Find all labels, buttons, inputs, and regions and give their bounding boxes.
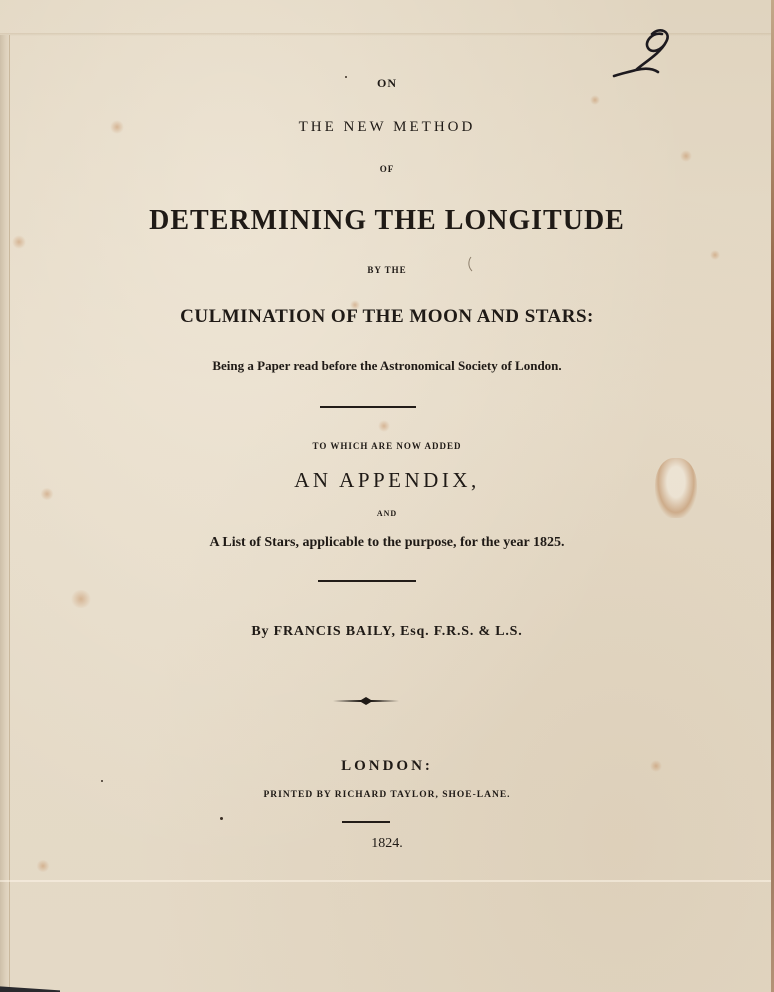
foxing-stain	[70, 590, 92, 608]
foxing-stain	[36, 860, 50, 872]
foxing-stain	[680, 150, 692, 162]
page-fold-bottom	[0, 880, 774, 882]
imprint-year: 1824.	[0, 836, 774, 852]
handwritten-page-number	[612, 24, 672, 80]
ornament-divider	[333, 694, 399, 708]
addition-conjunction: AND	[0, 509, 774, 518]
description: Being a Paper read before the Astronomic…	[0, 358, 774, 374]
title-line-on: ON	[0, 76, 774, 91]
foxing-stain	[710, 250, 720, 260]
title-line-by-the: BY THE	[0, 265, 774, 275]
divider-rule	[320, 406, 416, 408]
document-page: ON THE NEW METHOD OF DETERMINING THE LON…	[0, 0, 774, 992]
divider-rule	[342, 821, 390, 823]
title-line-new-method: THE NEW METHOD	[0, 119, 774, 136]
divider-rule	[318, 580, 416, 582]
main-title: DETERMINING THE LONGITUDE	[0, 205, 774, 237]
subtitle: CULMINATION OF THE MOON AND STARS:	[0, 306, 774, 328]
foxing-stain	[12, 235, 26, 249]
title-line-of: OF	[0, 164, 774, 174]
ink-speck	[345, 76, 347, 78]
foxing-stain	[590, 95, 600, 105]
addition-intro: TO WHICH ARE NOW ADDED	[0, 441, 774, 451]
star-list-description: A List of Stars, applicable to the purpo…	[0, 535, 774, 551]
imprint-place: LONDON:	[0, 758, 774, 775]
foxing-stain	[378, 420, 390, 432]
ink-speck	[220, 817, 223, 820]
author-byline: By FRANCIS BAILY, Esq. F.R.S. & L.S.	[0, 624, 774, 640]
ink-speck	[101, 780, 103, 782]
imprint-printer: PRINTED BY RICHARD TAYLOR, SHOE-LANE.	[0, 790, 774, 800]
appendix-heading: AN APPENDIX,	[0, 468, 774, 493]
